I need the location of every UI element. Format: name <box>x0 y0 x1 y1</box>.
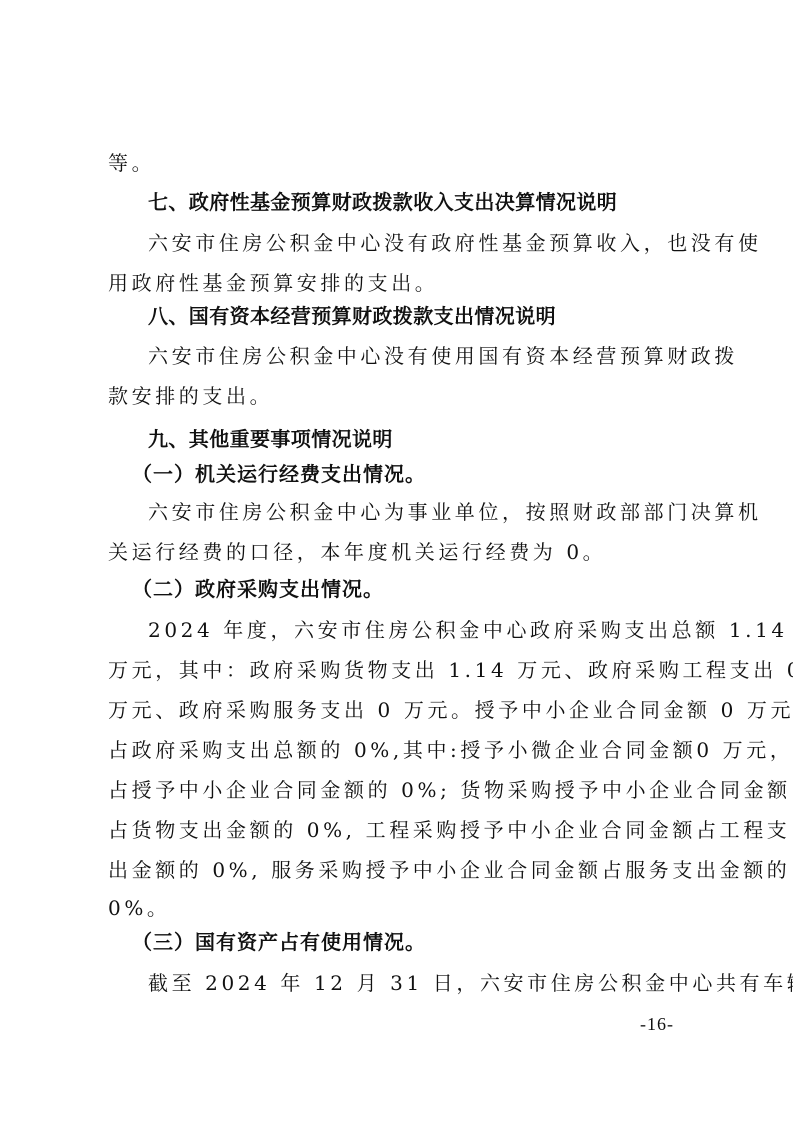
subsection-heading-2: （二）政府采购支出情况。 <box>132 576 722 602</box>
paragraph-line: 2024 年度，六安市住房公积金中心政府采购支出总额 1.14 <box>148 617 698 643</box>
paragraph-line: 占授予中小企业合同金额的 0%; 货物采购授予中小企业合同金额 <box>108 777 698 803</box>
paragraph-line: 款安排的支出。 <box>108 383 698 409</box>
section-heading-7: 七、政府性基金预算财政拨款收入支出决算情况说明 <box>148 189 698 215</box>
paragraph-line: 六安市住房公积金中心没有使用国有资本经营预算财政拨 <box>148 343 698 369</box>
paragraph-line: 截至 2024 年 12 月 31 日，六安市住房公积金中心共有车辆 5 <box>148 970 698 996</box>
paragraph-line: 0%。 <box>108 895 698 921</box>
subsection-heading-3: （三）国有资产占有使用情况。 <box>132 929 722 955</box>
subsection-heading-1: （一）机关运行经费支出情况。 <box>132 461 722 487</box>
section-heading-9: 九、其他重要事项情况说明 <box>148 426 698 452</box>
page-number: -16- <box>640 1014 674 1035</box>
paragraph-line: 万元，其中：政府采购货物支出 1.14 万元、政府采购工程支出 0 <box>108 657 698 683</box>
paragraph-line: 六安市住房公积金中心没有政府性基金预算收入，也没有使 <box>148 230 698 256</box>
paragraph-line: 占政府采购支出总额的 0%,其中:授予小微企业合同金额0 万元， <box>108 737 698 763</box>
paragraph-line: 用政府性基金预算安排的支出。 <box>108 270 698 296</box>
paragraph-line: 万元、政府采购服务支出 0 万元。授予中小企业合同金额 0 万元， <box>108 697 698 723</box>
paragraph-line: 六安市住房公积金中心为事业单位，按照财政部部门决算机 <box>148 499 698 525</box>
paragraph-line: 占货物支出金额的 0%, 工程采购授予中小企业合同金额占工程支 <box>108 817 698 843</box>
paragraph-continuation: 等。 <box>108 150 698 176</box>
document-page: 等。 七、政府性基金预算财政拨款收入支出决算情况说明 六安市住房公积金中心没有政… <box>0 0 793 1122</box>
section-heading-8: 八、国有资本经营预算财政拨款支出情况说明 <box>148 303 698 329</box>
paragraph-line: 关运行经费的口径，本年度机关运行经费为 0。 <box>108 539 698 565</box>
paragraph-line: 出金额的 0%, 服务采购授予中小企业合同金额占服务支出金额的 <box>108 857 698 883</box>
